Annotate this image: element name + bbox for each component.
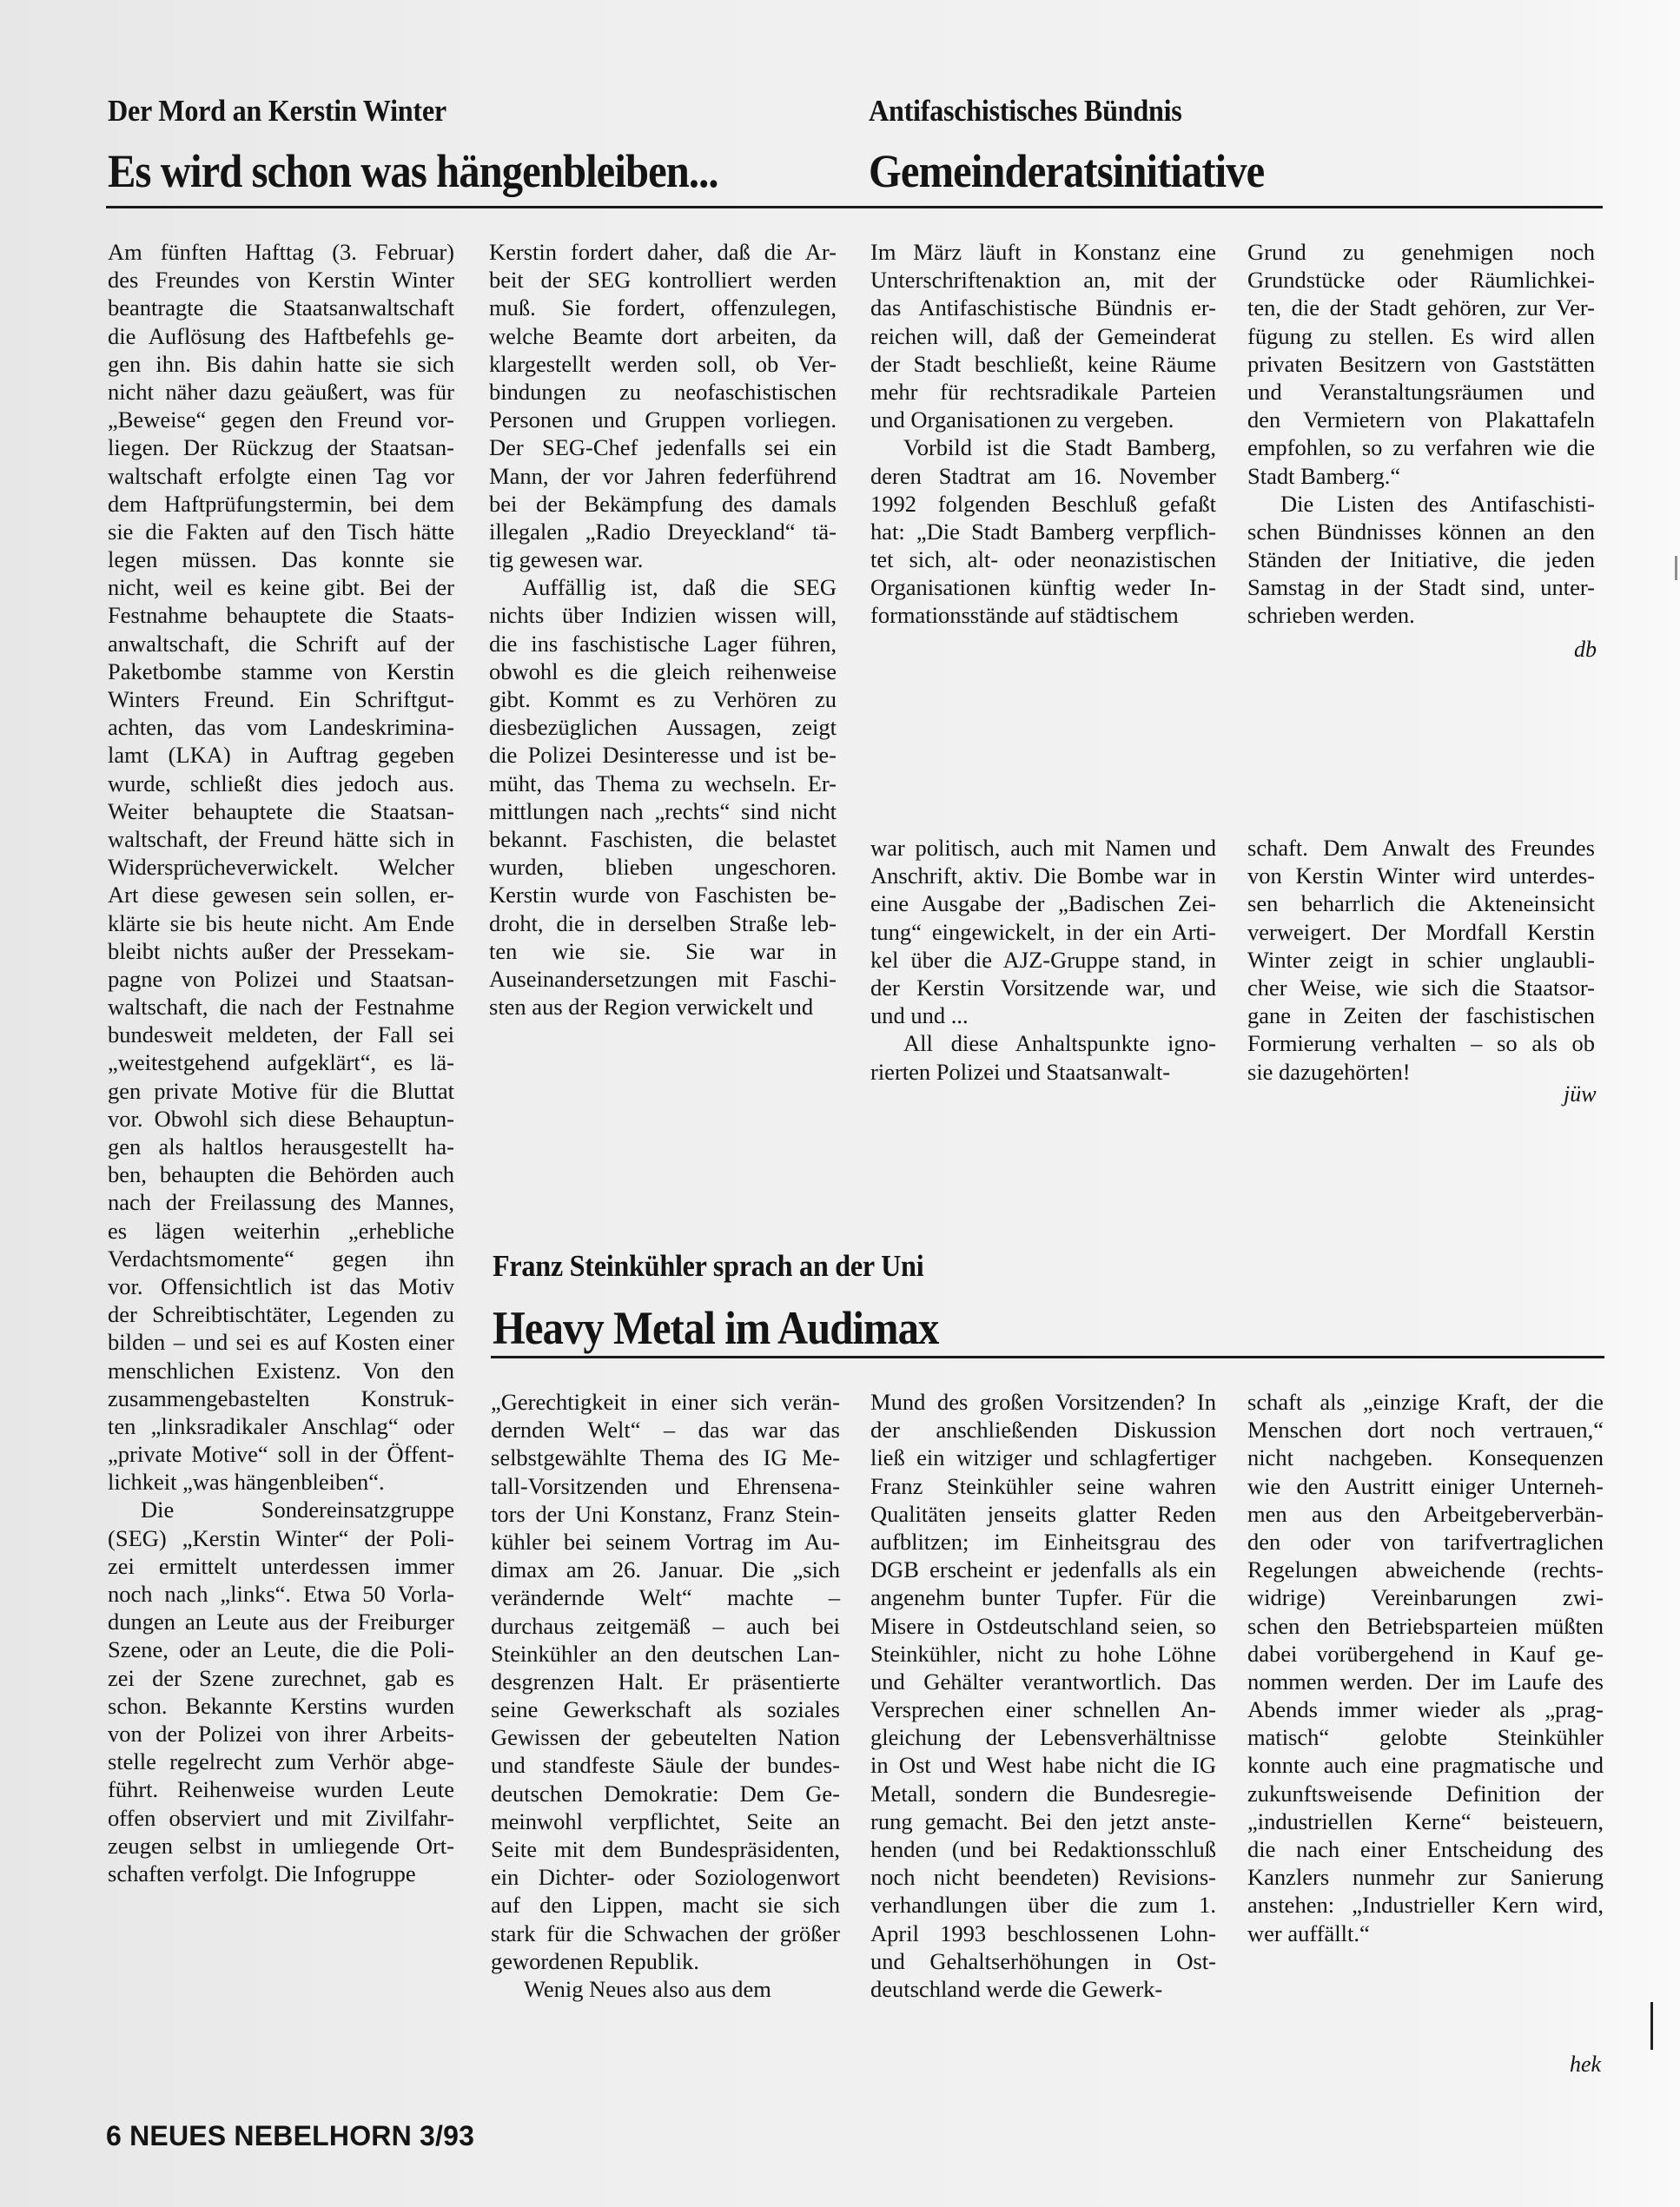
text-line: muß. Sie fordert, offenzulegen, [489,294,837,321]
text-line: der Schreibtischtäter, Legenden zu [108,1300,454,1328]
text-line: desgrenzen Halt. Er präsentierte [491,1668,840,1695]
text-line: den oder von tarifvertraglichen [1247,1528,1604,1556]
text-line: dimax am 26. Januar. Die „sich [491,1556,840,1583]
text-line: schrieben werden. [1247,601,1595,629]
text-line: dungen an Leute aus der Freiburger [108,1608,454,1635]
headline-rule [866,206,1603,208]
article-kicker: Antifaschistisches Bündnis [869,94,1182,129]
text-line: anwaltschaft, die Schrift auf der [108,630,454,657]
text-line: und standfeste Säule der bundes- [491,1751,840,1779]
text-line: noch nicht beendeten) Revisions- [870,1863,1216,1891]
text-line: gen private Motive für die Bluttat [108,1077,454,1105]
text-line: mittlungen nach „rechts“ sind nicht [489,797,837,825]
text-line: Art diese gewesen sein sollen, er- [108,881,454,909]
text-line: auf den Lippen, macht sie sich [491,1891,840,1919]
text-line: (SEG) „Kerstin Winter“ der Poli- [108,1524,454,1552]
text-line: achten, das vom Landeskrimina- [108,713,454,741]
text-line: angenehm bunter Tupfer. Für die [870,1583,1216,1611]
text-line: dernden Welt“ – das war das [491,1416,840,1444]
text-line: die Auflösung des Haftbefehls ge- [108,322,454,350]
text-line: schen den Betriebsparteien müßten [1247,1612,1604,1640]
text-line: klärte sie bis heute nicht. Am Ende [108,909,454,937]
text-line: tet sich, alt- oder neonazistischen [870,545,1216,573]
article-kicker: Der Mord an Kerstin Winter [108,94,446,129]
text-line: pagne von Polizei und Staatsan- [108,965,454,993]
text-line: ten, die der Stadt gehören, zur Ver- [1247,294,1595,321]
text-line: deutschen Demokratie: Dem Ge- [491,1780,840,1807]
text-line: nicht nachgeben. Konsequenzen [1247,1444,1604,1471]
text-line: Widersprücheverwickelt. Welcher [108,853,454,881]
text-line: gibt. Kommt es zu Verhören zu [489,685,837,713]
author-signature: db [1574,637,1597,663]
text-line: Vorbild ist die Stadt Bamberg, [870,433,1216,461]
text-line: tung“ eingewickelt, in der ein Arti- [870,918,1216,946]
text-line: henden (und bei Redaktionsschluß [870,1835,1216,1863]
text-line: schaft. Dem Anwalt des Freundes [1247,834,1595,862]
text-line: bilden – und sei es auf Kosten einer [108,1328,454,1356]
text-line: zukunftsweisende Definition der [1247,1780,1604,1807]
text-line: Kerstin fordert daher, daß die Ar- [489,238,837,266]
article-column: Kerstin fordert daher, daß die Ar-beit d… [489,238,837,1021]
text-line: Festnahme behauptete die Staats- [108,601,454,629]
text-line: obwohl es die gleich reihenweise [489,657,837,685]
text-line: und Veranstaltungsräumen und [1247,378,1595,406]
text-line: und Gehaltserhöhungen in Ost- [870,1947,1216,1975]
text-line: „industriellen Kerne“ beisteuern, [1247,1807,1604,1835]
text-line: droht, die in derselben Straße leb- [489,909,837,937]
text-line: nichts über Indizien wissen will, [489,601,837,629]
text-line: beantragte die Staatsanwaltschaft [108,294,454,321]
text-line: in Ost und West habe nicht die IG [870,1751,1216,1779]
text-line: seine Gewerkschaft als soziales [491,1695,840,1723]
article-column: Am fünften Hafttag (3. Februar)des Freun… [108,238,454,1887]
text-line: die ins faschistische Lager führen, [489,630,837,657]
text-line: Szene, oder an Leute, die die Poli- [108,1635,454,1663]
text-line: nommen werden. Der im Laufe des [1247,1668,1604,1695]
text-line: matisch“ gelobte Steinkühler [1247,1723,1604,1751]
article-kicker: Franz Steinkühler sprach an der Uni [493,1249,923,1284]
text-line: Stadt Bamberg.“ [1247,462,1595,490]
text-line: Wenig Neues also aus dem [491,1975,840,2003]
text-line: Abends immer wieder als „prag- [1247,1695,1604,1723]
text-line: ten wie sie. Sie war in [489,937,837,965]
text-line: gen als haltlos herausgestellt ha- [108,1133,454,1160]
text-line: Samstag in der Stadt sind, unter- [1247,573,1595,601]
article-column: „Gerechtigkeit in einer sich verän-dernd… [491,1388,840,2003]
text-line: illegalen „Radio Dreyeckland“ tä- [489,518,837,545]
text-line: waltschaft erfolgte einen Tag vor [108,462,454,490]
text-line: bei der Bekämpfung des damals [489,490,837,518]
text-line: Winter zeigt in schier unglaubli- [1247,946,1595,974]
text-line: wie den Austritt einiger Unterneh- [1247,1472,1604,1500]
text-line: April 1993 beschlossenen Lohn- [870,1920,1216,1947]
text-line: gane in Zeiten der faschistischen [1247,1001,1595,1029]
text-line: schaft als „einzige Kraft, der die [1247,1388,1604,1416]
text-line: klargestellt werden soll, ob Ver- [489,350,837,378]
text-line: das Antifaschistische Bündnis er- [870,294,1216,321]
text-line: vor. Obwohl sich diese Behauptun- [108,1105,454,1133]
text-line: der anschließenden Diskussion [870,1416,1216,1444]
text-line: men aus den Arbeitgeberverbän- [1247,1500,1604,1528]
text-line: menschlichen Existenz. Von den [108,1357,454,1384]
text-line: sen beharrlich die Akteneinsicht [1247,889,1595,917]
text-line: von der Polizei von ihrer Arbeits- [108,1720,454,1748]
text-line: und Gehälter verantwortlich. Das [870,1668,1216,1695]
text-line: und und ... [870,1001,1216,1029]
text-line: nicht näher dazu geäußert, was für [108,378,454,406]
text-line: Kerstin wurde von Faschisten be- [489,881,837,909]
text-line: zei ermittelt unterdessen immer [108,1552,454,1580]
text-line: tig gewesen war. [489,545,837,573]
text-line: Misere in Ostdeutschland seien, so [870,1612,1216,1640]
text-line: verhandlungen über die zum 1. [870,1891,1216,1919]
text-line: waltschaft, der Freund hätte sich in [108,825,454,853]
text-line: Paketbombe stamme von Kerstin [108,657,454,685]
text-line: „private Motive“ soll in der Öffent- [108,1440,454,1468]
author-signature: hek [1570,2052,1601,2078]
article-headline: Heavy Metal im Audimax [493,1301,938,1355]
text-line: der Stadt beschließt, keine Räume [870,350,1216,378]
text-line: „weitestgehend aufgeklärt“, es lä- [108,1048,454,1076]
text-line: diesbezüglichen Aussagen, zeigt [489,713,837,741]
text-line: Anschrift, aktiv. Die Bombe war in [870,862,1216,889]
text-line: schon. Bekannte Kerstins wurden [108,1692,454,1720]
text-line: Steinkühler, nicht zu hohe Löhne [870,1640,1216,1668]
text-line: die Polizei Desinteresse und ist be- [489,741,837,769]
text-line: sie dazugehörten! [1247,1058,1595,1086]
text-line: Die Listen des Antifaschisti- [1247,490,1595,518]
page-footer: 6 NEUES NEBELHORN 3/93 [106,2120,474,2152]
text-line: Mann, der vor Jahren federführend [489,462,837,490]
text-line: DGB erscheint er jedenfalls als ein [870,1556,1216,1583]
text-line: konnte auch eine pragmatische und [1247,1751,1604,1779]
text-line: Grund zu genehmigen noch [1247,238,1595,266]
text-line: war politisch, auch mit Namen und [870,834,1216,862]
text-line: Regelungen abweichende (rechts- [1247,1556,1604,1583]
text-line: Formierung verhalten – so als ob [1247,1029,1595,1057]
text-line: Franz Steinkühler seine wahren [870,1472,1216,1500]
text-line: bundesweit meldeten, der Fall sei [108,1021,454,1048]
text-line: mehr für rechtsradikale Parteien [870,378,1216,406]
text-line: Versprechen einer schnellen An- [870,1695,1216,1723]
author-signature: jüw [1564,1081,1597,1107]
article-headline: Gemeinderatsinitiative [869,144,1264,198]
text-line: Auffällig ist, daß die SEG [489,573,837,601]
text-line: aufblitzen; im Einheitsgrau des [870,1528,1216,1556]
text-line: der Kerstin Vorsitzende war, und [870,974,1216,1001]
text-line: Kanzlers nunmehr zur Sanierung [1247,1863,1604,1891]
text-line: empfohlen, so zu verfahren wie die [1247,433,1595,461]
text-line: lichkeit „was hängenbleiben“. [108,1468,454,1496]
text-line: den Vermietern von Plakattafeln [1247,406,1595,433]
text-line: es lägen weiterhin „erhebliche [108,1217,454,1245]
text-line: Metall, sondern die Bundesregie- [870,1780,1216,1807]
text-line: Qualitäten jenseits glatter Reden [870,1500,1216,1528]
text-line: gen ihn. Bis dahin hatte sie sich [108,350,454,378]
text-line: ben, behaupten die Behörden auch [108,1160,454,1188]
text-line: rierten Polizei und Staatsanwalt- [870,1058,1216,1086]
text-line: schen Bündnisses können an den [1247,518,1595,545]
text-line: Im März läuft in Konstanz eine [870,238,1216,266]
article-column: Mund des großen Vorsitzenden? Inder ansc… [870,1388,1216,2003]
text-line: fügung zu stellen. Es wird allen [1247,322,1595,350]
text-line: dabei vorübergehend in Kauf ge- [1247,1640,1604,1668]
text-line: privaten Besitzern von Gaststätten [1247,350,1595,378]
text-line: Ständen der Initiative, die jeden [1247,545,1595,573]
text-line: „Gerechtigkeit in einer sich verän- [491,1388,840,1416]
text-line: Grundstücke oder Räumlichkei- [1247,266,1595,294]
text-line: bleibt nichts außer der Pressekam- [108,937,454,965]
text-line: durchaus zeitgemäß – auch bei [491,1612,840,1640]
text-line: bekannt. Faschisten, die belastet [489,825,837,853]
text-line: cher Weise, wie sich die Staatsor- [1247,974,1595,1001]
text-line: führt. Reihenweise wurden Leute [108,1775,454,1803]
text-line: Auseinandersetzungen mit Faschi- [489,965,837,993]
text-line: tors der Uni Konstanz, Franz Stein- [491,1500,840,1528]
text-line: sie die Fakten auf den Tisch hätte [108,518,454,545]
text-line: sten aus der Region verwickelt und [489,993,837,1021]
text-line: gewordenen Republik. [491,1947,840,1975]
text-line: Organisationen künftig weder In- [870,573,1216,601]
headline-rule [491,1356,1604,1358]
text-line: ten „linksradikaler Anschlag“ oder [108,1412,454,1440]
text-line: Personen und Gruppen vorliegen. [489,406,837,433]
text-line: Seite mit dem Bundespräsidenten, [491,1835,840,1863]
text-line: welche Beamte dort arbeiten, da [489,322,837,350]
text-line: liegen. Der Rückzug der Staatsan- [108,433,454,461]
scan-edge-mark [1675,556,1677,580]
text-line: eine Ausgabe der „Badischen Zei- [870,889,1216,917]
text-line: Winters Freund. Ein Schriftgut- [108,685,454,713]
text-line: ließ ein witziger und schlagfertiger [870,1444,1216,1471]
article-column: Grund zu genehmigen nochGrundstücke oder… [1247,238,1595,630]
text-line: wurden, blieben ungeschoren. [489,853,837,881]
text-line: widrige) Vereinbarungen zwi- [1247,1583,1604,1611]
text-line: Mund des großen Vorsitzenden? In [870,1388,1216,1416]
text-line: Gewissen der gebeutelten Nation [491,1723,840,1751]
text-line: Weiter behauptete die Staatsan- [108,797,454,825]
text-line: Verdachtsmomente“ gegen ihn [108,1245,454,1272]
text-line: lamt (LKA) in Auftrag gegeben [108,741,454,769]
article-column: schaft. Dem Anwalt des Freundesvon Kerst… [1247,834,1595,1086]
text-line: zeugen selbst in umliegende Ort- [108,1832,454,1860]
text-line: wurde, schließt dies jedoch aus. [108,770,454,797]
article-headline: Es wird schon was hängenbleiben... [108,144,718,198]
text-line: Menschen dort noch vertrauen,“ [1247,1416,1604,1444]
text-line: des Freundes von Kerstin Winter [108,266,454,294]
text-line: müht, das Thema zu wechseln. Er- [489,770,837,797]
text-line: Die Sondereinsatzgruppe [108,1496,454,1523]
text-line: Steinkühler an den deutschen Lan- [491,1640,840,1668]
text-line: „Beweise“ gegen den Freund vor- [108,406,454,433]
text-line: zusammengebastelten Konstruk- [108,1384,454,1412]
text-line: vor. Offensichtlich ist das Motiv [108,1272,454,1300]
text-line: legen müssen. Das konnte sie [108,545,454,573]
text-line: nicht, weil es keine gibt. Bei der [108,573,454,601]
headline-rule [106,206,866,208]
text-line: und Organisationen zu vergeben. [870,406,1216,433]
text-line: meinwohl verpflichtet, Seite an [491,1807,840,1835]
text-line: All diese Anhaltspunkte igno- [870,1029,1216,1057]
text-line: noch nach „links“. Etwa 50 Vorla- [108,1580,454,1608]
text-line: waltschaft, die nach der Festnahme [108,993,454,1021]
text-line: dem Haftprüfungstermin, bei dem [108,490,454,518]
article-column: Im März läuft in Konstanz eineUnterschri… [870,238,1216,630]
text-line: tall-Vorsitzenden und Ehrensena- [491,1472,840,1500]
article-column: schaft als „einzige Kraft, der dieMensch… [1247,1388,1604,1947]
text-line: die nach einer Entscheidung des [1247,1835,1604,1863]
text-line: verändernde Welt“ machte – [491,1583,840,1611]
text-line: reichen will, daß der Gemeinderat [870,322,1216,350]
text-line: stark für die Schwachen der größer [491,1920,840,1947]
text-line: ein Dichter- oder Soziologenwort [491,1863,840,1891]
text-line: Am fünften Hafttag (3. Februar) [108,238,454,266]
text-line: deren Stadtrat am 16. November [870,462,1216,490]
text-line: zei der Szene zurechnet, gab es [108,1664,454,1692]
text-line: nach der Freilassung des Mannes, [108,1188,454,1216]
text-line: verweigert. Der Mordfall Kerstin [1247,918,1595,946]
text-line: deutschland werde die Gewerk- [870,1975,1216,2003]
text-line: Der SEG-Chef jedenfalls sei ein [489,433,837,461]
text-line: selbstgewählte Thema des IG Me- [491,1444,840,1471]
text-line: von Kerstin Winter wird unterdes- [1247,862,1595,889]
text-line: offen observiert und mit Zivilfahr- [108,1804,454,1832]
text-line: beit der SEG kontrolliert werden [489,266,837,294]
newspaper-page: Der Mord an Kerstin Winter Es wird schon… [0,0,1680,2207]
text-line: kel über die AJZ-Gruppe stand, in [870,946,1216,974]
text-line: anstehen: „Industrieller Kern wird, [1247,1891,1604,1919]
text-line: schaften verfolgt. Die Infogruppe [108,1860,454,1887]
text-line: hat: „Die Stadt Bamberg verpflich- [870,518,1216,545]
text-line: wer auffällt.“ [1247,1920,1604,1947]
scan-edge-mark [1650,2002,1653,2050]
text-line: 1992 folgenden Beschluß gefaßt [870,490,1216,518]
text-line: gleichung der Lebensverhältnisse [870,1723,1216,1751]
text-line: formationsstände auf städtischem [870,601,1216,629]
article-column: war politisch, auch mit Namen undAnschri… [870,834,1216,1086]
text-line: kühler bei seinem Vortrag im Au- [491,1528,840,1556]
text-line: stelle regelrecht zum Verhör abge- [108,1748,454,1775]
text-line: Unterschriftenaktion an, mit der [870,266,1216,294]
text-line: bindungen zu neofaschistischen [489,378,837,406]
text-line: rung gemacht. Bei den jetzt anste- [870,1807,1216,1835]
